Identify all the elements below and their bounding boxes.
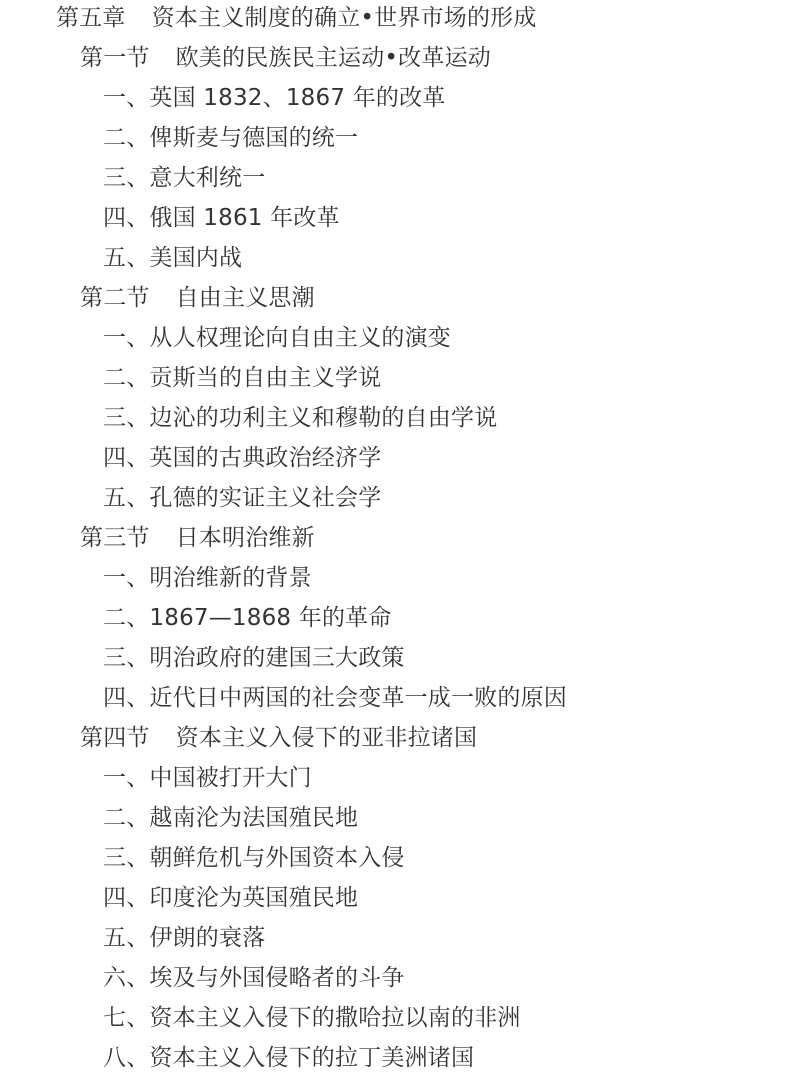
toc-item[interactable]: 五、美国内战: [103, 238, 242, 278]
toc-item[interactable]: 六、埃及与外国侵略者的斗争: [103, 958, 405, 998]
toc-item[interactable]: 一、明治维新的背景: [103, 558, 312, 598]
section-number: 第二节: [80, 285, 150, 311]
section-number: 第三节: [80, 525, 150, 551]
section-title: 欧美的民族民主运动•改革运动: [176, 45, 491, 71]
toc-item[interactable]: 一、英国 1832、1867 年的改革: [103, 78, 446, 118]
toc-item[interactable]: 四、俄国 1861 年改革: [103, 198, 340, 238]
section-number: 第四节: [80, 725, 150, 751]
toc-item[interactable]: 四、近代日中两国的社会变革一成一败的原因: [103, 678, 567, 718]
toc-item[interactable]: 八、资本主义入侵下的拉丁美洲诸国: [103, 1038, 474, 1078]
section-heading[interactable]: 第二节自由主义思潮: [80, 278, 315, 318]
toc-item[interactable]: 二、俾斯麦与德国的统一: [103, 118, 358, 158]
section-heading[interactable]: 第一节欧美的民族民主运动•改革运动: [80, 38, 491, 78]
toc-item[interactable]: 一、中国被打开大门: [103, 758, 312, 798]
toc-item[interactable]: 三、边沁的功利主义和穆勒的自由学说: [103, 398, 497, 438]
toc-item[interactable]: 五、伊朗的衰落: [103, 918, 265, 958]
toc-item[interactable]: 四、印度沦为英国殖民地: [103, 878, 358, 918]
toc-item[interactable]: 五、孔德的实证主义社会学: [103, 478, 381, 518]
toc-item[interactable]: 二、贡斯当的自由主义学说: [103, 358, 381, 398]
toc-item[interactable]: 三、明治政府的建国三大政策: [103, 638, 405, 678]
section-title: 自由主义思潮: [176, 285, 315, 311]
toc-item[interactable]: 二、1867—1868 年的革命: [103, 598, 392, 638]
section-heading[interactable]: 第四节资本主义入侵下的亚非拉诸国: [80, 718, 477, 758]
chapter-number: 第五章: [56, 5, 126, 31]
toc-item[interactable]: 一、从人权理论向自由主义的演变: [103, 318, 451, 358]
toc-item[interactable]: 三、意大利统一: [103, 158, 265, 198]
toc-item[interactable]: 四、英国的古典政治经济学: [103, 438, 381, 478]
chapter-title: 资本主义制度的确立•世界市场的形成: [152, 5, 537, 31]
section-title: 资本主义入侵下的亚非拉诸国: [176, 725, 478, 751]
section-number: 第一节: [80, 45, 150, 71]
toc-item[interactable]: 三、朝鲜危机与外国资本入侵: [103, 838, 405, 878]
toc-item[interactable]: 七、资本主义入侵下的撒哈拉以南的非洲: [103, 998, 521, 1038]
chapter-heading[interactable]: 第五章资本主义制度的确立•世界市场的形成: [56, 0, 537, 38]
section-title: 日本明治维新: [176, 525, 315, 551]
toc-item[interactable]: 二、越南沦为法国殖民地: [103, 798, 358, 838]
section-heading[interactable]: 第三节日本明治维新: [80, 518, 315, 558]
